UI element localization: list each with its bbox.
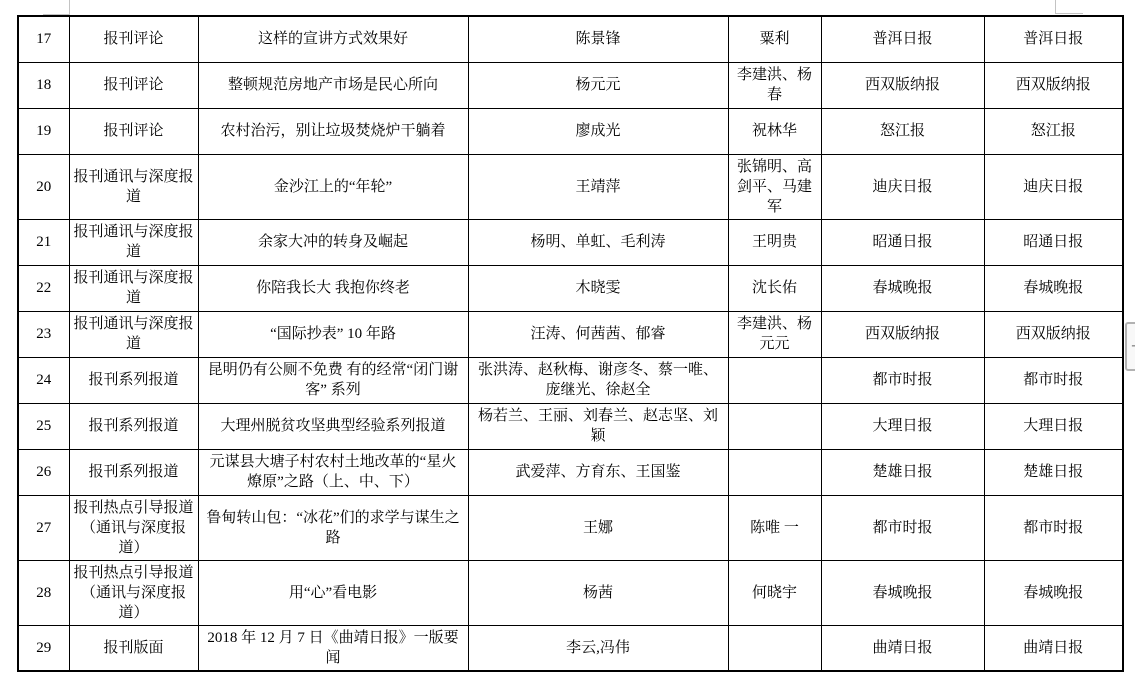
cell-publisher[interactable]: 普洱日报: [821, 16, 984, 62]
cell-publisher[interactable]: 都市时报: [821, 495, 984, 560]
cell-row-number[interactable]: 27: [18, 495, 69, 560]
plus-icon: +: [1131, 336, 1135, 357]
cell-publisher[interactable]: 都市时报: [821, 357, 984, 403]
cell-title[interactable]: 你陪我长大 我抱你终老: [198, 265, 468, 311]
cell-row-number[interactable]: 17: [18, 16, 69, 62]
cell-publisher[interactable]: 昭通日报: [821, 219, 984, 265]
cell-title[interactable]: 昆明仍有公厕不免费 有的经常“闭门谢客” 系列: [198, 357, 468, 403]
cell-recommender[interactable]: 春城晚报: [984, 265, 1123, 311]
cell-category[interactable]: 报刊通讯与深度报道: [69, 265, 198, 311]
cell-title[interactable]: 鲁甸转山包：“冰花”们的求学与谋生之路: [198, 495, 468, 560]
cell-category[interactable]: 报刊通讯与深度报道: [69, 154, 198, 219]
table-row: 21报刊通讯与深度报道余家大冲的转身及崛起杨明、单虹、毛利涛王明贵昭通日报昭通日…: [18, 219, 1123, 265]
text-boundary-mark-top-left-vertical: [69, 0, 70, 15]
cell-recommender[interactable]: 都市时报: [984, 357, 1123, 403]
cell-category[interactable]: 报刊系列报道: [69, 449, 198, 495]
cell-row-number[interactable]: 19: [18, 108, 69, 154]
cell-category[interactable]: 报刊版面: [69, 625, 198, 671]
cell-editors[interactable]: 张锦明、高剑平、马建军: [728, 154, 821, 219]
cell-editors[interactable]: [728, 403, 821, 449]
cell-title[interactable]: 金沙江上的“年轮”: [198, 154, 468, 219]
cell-category[interactable]: 报刊评论: [69, 16, 198, 62]
text-boundary-mark-top-right-horizontal: [1055, 13, 1083, 14]
cell-row-number[interactable]: 29: [18, 625, 69, 671]
cell-publisher[interactable]: 楚雄日报: [821, 449, 984, 495]
cell-recommender[interactable]: 迪庆日报: [984, 154, 1123, 219]
table-row: 17报刊评论这样的宣讲方式效果好陈景锋粟利普洱日报普洱日报: [18, 16, 1123, 62]
cell-publisher[interactable]: 迪庆日报: [821, 154, 984, 219]
cell-recommender[interactable]: 怒江报: [984, 108, 1123, 154]
cell-authors[interactable]: 武爱萍、方育东、王国鉴: [468, 449, 728, 495]
cell-editors[interactable]: 陈唯 一: [728, 495, 821, 560]
cell-editors[interactable]: [728, 625, 821, 671]
cell-row-number[interactable]: 18: [18, 62, 69, 108]
table-row: 27报刊热点引导报道（通讯与深度报道）鲁甸转山包：“冰花”们的求学与谋生之路王娜…: [18, 495, 1123, 560]
cell-recommender[interactable]: 昭通日报: [984, 219, 1123, 265]
cell-category[interactable]: 报刊热点引导报道（通讯与深度报道）: [69, 495, 198, 560]
cell-row-number[interactable]: 23: [18, 311, 69, 357]
cell-editors[interactable]: 王明贵: [728, 219, 821, 265]
cell-recommender[interactable]: 大理日报: [984, 403, 1123, 449]
cell-category[interactable]: 报刊系列报道: [69, 357, 198, 403]
cell-row-number[interactable]: 22: [18, 265, 69, 311]
cell-editors[interactable]: 李建洪、杨春: [728, 62, 821, 108]
table-row: 29报刊版面2018 年 12 月 7 日《曲靖日报》一版要闻李云,冯伟曲靖日报…: [18, 625, 1123, 671]
cell-category[interactable]: 报刊系列报道: [69, 403, 198, 449]
table-row: 22报刊通讯与深度报道你陪我长大 我抱你终老木晓雯沈长佑春城晚报春城晚报: [18, 265, 1123, 311]
cell-category[interactable]: 报刊评论: [69, 108, 198, 154]
cell-authors[interactable]: 张洪涛、赵秋梅、谢彦冬、蔡一唯、庞继光、徐赵全: [468, 357, 728, 403]
cell-category[interactable]: 报刊通讯与深度报道: [69, 311, 198, 357]
cell-publisher[interactable]: 怒江报: [821, 108, 984, 154]
table-row: 19报刊评论农村治污，别让垃圾焚烧炉干躺着廖成光祝林华怒江报怒江报: [18, 108, 1123, 154]
cell-title[interactable]: 2018 年 12 月 7 日《曲靖日报》一版要闻: [198, 625, 468, 671]
cell-authors[interactable]: 王娜: [468, 495, 728, 560]
cell-publisher[interactable]: 春城晚报: [821, 560, 984, 625]
cell-recommender[interactable]: 西双版纳报: [984, 62, 1123, 108]
cell-authors[interactable]: 王靖萍: [468, 154, 728, 219]
cell-recommender[interactable]: 楚雄日报: [984, 449, 1123, 495]
cell-title[interactable]: 余家大冲的转身及崛起: [198, 219, 468, 265]
cell-editors[interactable]: 沈长佑: [728, 265, 821, 311]
cell-row-number[interactable]: 28: [18, 560, 69, 625]
cell-publisher[interactable]: 曲靖日报: [821, 625, 984, 671]
cell-title[interactable]: 元谋县大塘子村农村土地改革的“星火燎原”之路（上、中、下）: [198, 449, 468, 495]
cell-row-number[interactable]: 21: [18, 219, 69, 265]
awards-table-body: 17报刊评论这样的宣讲方式效果好陈景锋粟利普洱日报普洱日报18报刊评论整顿规范房…: [18, 16, 1123, 671]
cell-recommender[interactable]: 西双版纳报: [984, 311, 1123, 357]
cell-publisher[interactable]: 春城晚报: [821, 265, 984, 311]
cell-authors[interactable]: 汪涛、何茜茜、郁睿: [468, 311, 728, 357]
cell-recommender[interactable]: 春城晚报: [984, 560, 1123, 625]
cell-editors[interactable]: 粟利: [728, 16, 821, 62]
cell-authors[interactable]: 木晓雯: [468, 265, 728, 311]
cell-authors[interactable]: 杨若兰、王丽、刘春兰、赵志坚、刘颖: [468, 403, 728, 449]
table-row: 20报刊通讯与深度报道金沙江上的“年轮”王靖萍张锦明、高剑平、马建军迪庆日报迪庆…: [18, 154, 1123, 219]
cell-editors[interactable]: [728, 357, 821, 403]
table-row: 23报刊通讯与深度报道“国际抄表” 10 年路汪涛、何茜茜、郁睿李建洪、杨元元西…: [18, 311, 1123, 357]
cell-recommender[interactable]: 普洱日报: [984, 16, 1123, 62]
cell-row-number[interactable]: 25: [18, 403, 69, 449]
cell-row-number[interactable]: 20: [18, 154, 69, 219]
table-row: 18报刊评论整顿规范房地产市场是民心所向杨元元李建洪、杨春西双版纳报西双版纳报: [18, 62, 1123, 108]
cell-editors[interactable]: 祝林华: [728, 108, 821, 154]
text-boundary-mark-top-right-vertical: [1055, 0, 1056, 14]
cell-editors[interactable]: 李建洪、杨元元: [728, 311, 821, 357]
cell-category[interactable]: 报刊评论: [69, 62, 198, 108]
cell-authors[interactable]: 李云,冯伟: [468, 625, 728, 671]
awards-table: 17报刊评论这样的宣讲方式效果好陈景锋粟利普洱日报普洱日报18报刊评论整顿规范房…: [17, 15, 1124, 672]
cell-title[interactable]: 农村治污，别让垃圾焚烧炉干躺着: [198, 108, 468, 154]
cell-title[interactable]: 这样的宣讲方式效果好: [198, 16, 468, 62]
cell-title[interactable]: 整顿规范房地产市场是民心所向: [198, 62, 468, 108]
table-row: 24报刊系列报道昆明仍有公厕不免费 有的经常“闭门谢客” 系列张洪涛、赵秋梅、谢…: [18, 357, 1123, 403]
cell-publisher[interactable]: 西双版纳报: [821, 311, 984, 357]
cell-authors[interactable]: 杨茜: [468, 560, 728, 625]
cell-authors[interactable]: 杨元元: [468, 62, 728, 108]
table-row: 25报刊系列报道大理州脱贫攻坚典型经验系列报道杨若兰、王丽、刘春兰、赵志坚、刘颖…: [18, 403, 1123, 449]
cell-publisher[interactable]: 西双版纳报: [821, 62, 984, 108]
cell-authors[interactable]: 陈景锋: [468, 16, 728, 62]
cell-editors[interactable]: 何晓宇: [728, 560, 821, 625]
cell-row-number[interactable]: 24: [18, 357, 69, 403]
cell-authors[interactable]: 廖成光: [468, 108, 728, 154]
cell-recommender[interactable]: 曲靖日报: [984, 625, 1123, 671]
cell-title[interactable]: 大理州脱贫攻坚典型经验系列报道: [198, 403, 468, 449]
table-row: 26报刊系列报道元谋县大塘子村农村土地改革的“星火燎原”之路（上、中、下）武爱萍…: [18, 449, 1123, 495]
insert-button[interactable]: +: [1125, 322, 1135, 371]
cell-title[interactable]: “国际抄表” 10 年路: [198, 311, 468, 357]
cell-row-number[interactable]: 26: [18, 449, 69, 495]
cell-title[interactable]: 用“心”看电影: [198, 560, 468, 625]
cell-recommender[interactable]: 都市时报: [984, 495, 1123, 560]
cell-category[interactable]: 报刊通讯与深度报道: [69, 219, 198, 265]
table-row: 28报刊热点引导报道（通讯与深度报道）用“心”看电影杨茜何晓宇春城晚报春城晚报: [18, 560, 1123, 625]
cell-category[interactable]: 报刊热点引导报道（通讯与深度报道）: [69, 560, 198, 625]
cell-publisher[interactable]: 大理日报: [821, 403, 984, 449]
cell-authors[interactable]: 杨明、单虹、毛利涛: [468, 219, 728, 265]
cell-editors[interactable]: [728, 449, 821, 495]
